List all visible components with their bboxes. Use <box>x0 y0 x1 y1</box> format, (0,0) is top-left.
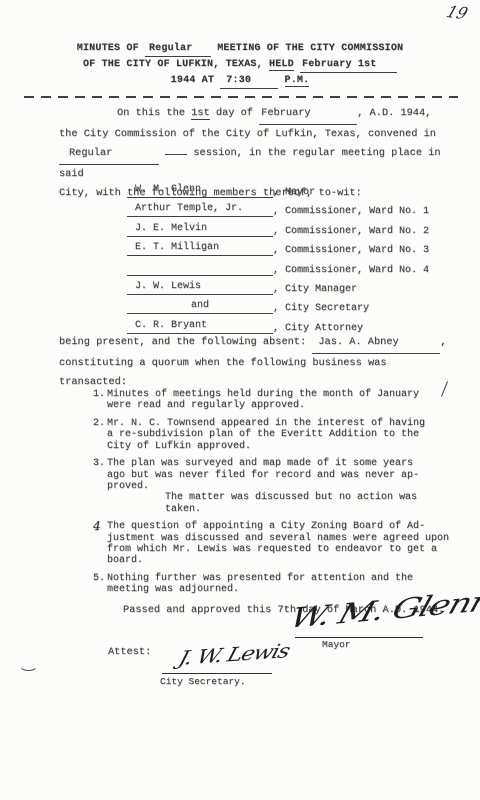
day-fill: 1st <box>191 107 210 120</box>
member-title: Commissioner, Ward No. 3 <box>285 245 429 256</box>
month-fill: February <box>259 104 357 125</box>
handwritten-page-number: 19 <box>444 2 470 23</box>
member-name: J. E. Melvin <box>127 223 273 237</box>
item-number: 5. <box>93 573 107 596</box>
member-row: Arthur Temple, Jr.,Commissioner, Ward No… <box>127 203 429 222</box>
item-number: 1. <box>93 389 107 412</box>
minutes-item-2: 2. Mr. N. C. Townsend appeared in the in… <box>93 418 453 452</box>
member-row: J. W. Lewis,City Manager <box>127 281 429 300</box>
attendance-line-2: constituting a quorum when the following… <box>59 354 459 393</box>
secretary-signature: J. W. Lewis <box>176 640 292 670</box>
member-title: City Manager <box>285 284 357 295</box>
item-text: The plan was surveyed and map made of it… <box>107 458 453 514</box>
member-row: W. M. Glenn,Mayor <box>127 184 429 203</box>
meeting-type-fill: Regular <box>145 41 211 57</box>
minutes-items: 1. Minutes of meetings held during the m… <box>93 389 453 616</box>
minutes-item-3: 3. The plan was surveyed and map made of… <box>93 458 453 514</box>
absent-name-fill: Jas. A. Abney <box>312 333 440 354</box>
item-text: Nothing further was presented for attent… <box>107 573 453 596</box>
minutes-item-5: 5. Nothing further was presented for att… <box>93 573 453 596</box>
mayor-signature-line <box>295 637 423 638</box>
member-name <box>127 262 273 276</box>
member-name: C. R. Bryant <box>127 320 273 334</box>
secretary-signature-line <box>162 673 272 674</box>
attest-label: Attest: <box>108 646 151 658</box>
item-number: 2. <box>93 418 107 452</box>
intro-line-2: the City Commission of the City of Lufki… <box>59 125 451 145</box>
minutes-item-4: 4 The question of appointing a City Zoni… <box>93 521 453 566</box>
dashed-separator <box>24 96 458 98</box>
secretary-signature-label: City Secretary. <box>160 676 246 687</box>
title-line-3: 1944 AT 7:30 P.M. <box>0 73 480 89</box>
empty-fill <box>165 154 187 155</box>
member-title: City Secretary <box>285 303 369 314</box>
title-line-2: OF THE CITY OF LUFKIN, TEXAS, HELD Febru… <box>0 57 480 73</box>
title-line-1: MINUTES OF Regular MEETING OF THE CITY C… <box>0 41 480 57</box>
item-text: Minutes of meetings held during the mont… <box>107 389 453 412</box>
minutes-document-page: 19 MINUTES OF Regular MEETING OF THE CIT… <box>0 0 480 800</box>
intro-line-1: On this the 1st day of February, A.D. 19… <box>59 104 451 125</box>
member-row: ,Commissioner, Ward No. 4 <box>127 262 429 281</box>
member-name: and <box>127 300 273 314</box>
item-text: Mr. N. C. Townsend appeared in the inter… <box>107 418 453 452</box>
attendance-line-1: being present, and the following absent:… <box>59 333 459 354</box>
member-name: E. T. Milligan <box>127 242 273 256</box>
member-row: J. E. Melvin,Commissioner, Ward No. 2 <box>127 223 429 242</box>
intro-line-3: Regular session, in the regular meeting … <box>59 144 451 184</box>
member-title: Commissioner, Ward No. 2 <box>285 226 429 237</box>
session-type-fill: Regular <box>59 144 159 165</box>
member-name: Arthur Temple, Jr. <box>127 203 273 217</box>
document-title: MINUTES OF Regular MEETING OF THE CITY C… <box>0 41 480 89</box>
member-name: W. M. Glenn <box>127 184 273 198</box>
member-title: Commissioner, Ward No. 4 <box>285 265 429 276</box>
attendance-statement: being present, and the following absent:… <box>59 333 459 393</box>
mayor-signature-label: Mayor <box>322 639 351 650</box>
meridiem-fill: P.M. <box>285 75 310 87</box>
stray-pen-mark <box>19 659 38 671</box>
item-number: 3. <box>93 458 107 514</box>
member-row: and,City Secretary <box>127 300 429 319</box>
meeting-time-fill: 7:30 <box>220 73 278 89</box>
meeting-date-fill: February 1st <box>300 57 397 73</box>
member-title: Commissioner, Ward No. 1 <box>285 206 429 217</box>
member-title: Mayor <box>285 187 315 198</box>
member-name: J. W. Lewis <box>127 281 273 295</box>
item-note: The matter was discussed but no action w… <box>107 492 453 515</box>
minutes-item-1: 1. Minutes of meetings held during the m… <box>93 389 453 412</box>
item-number-handwritten: 4 <box>93 521 107 566</box>
item-text: The question of appointing a City Zoning… <box>107 521 453 566</box>
members-list: W. M. Glenn,Mayor Arthur Temple, Jr.,Com… <box>127 184 429 339</box>
member-row: E. T. Milligan,Commissioner, Ward No. 3 <box>127 242 429 261</box>
